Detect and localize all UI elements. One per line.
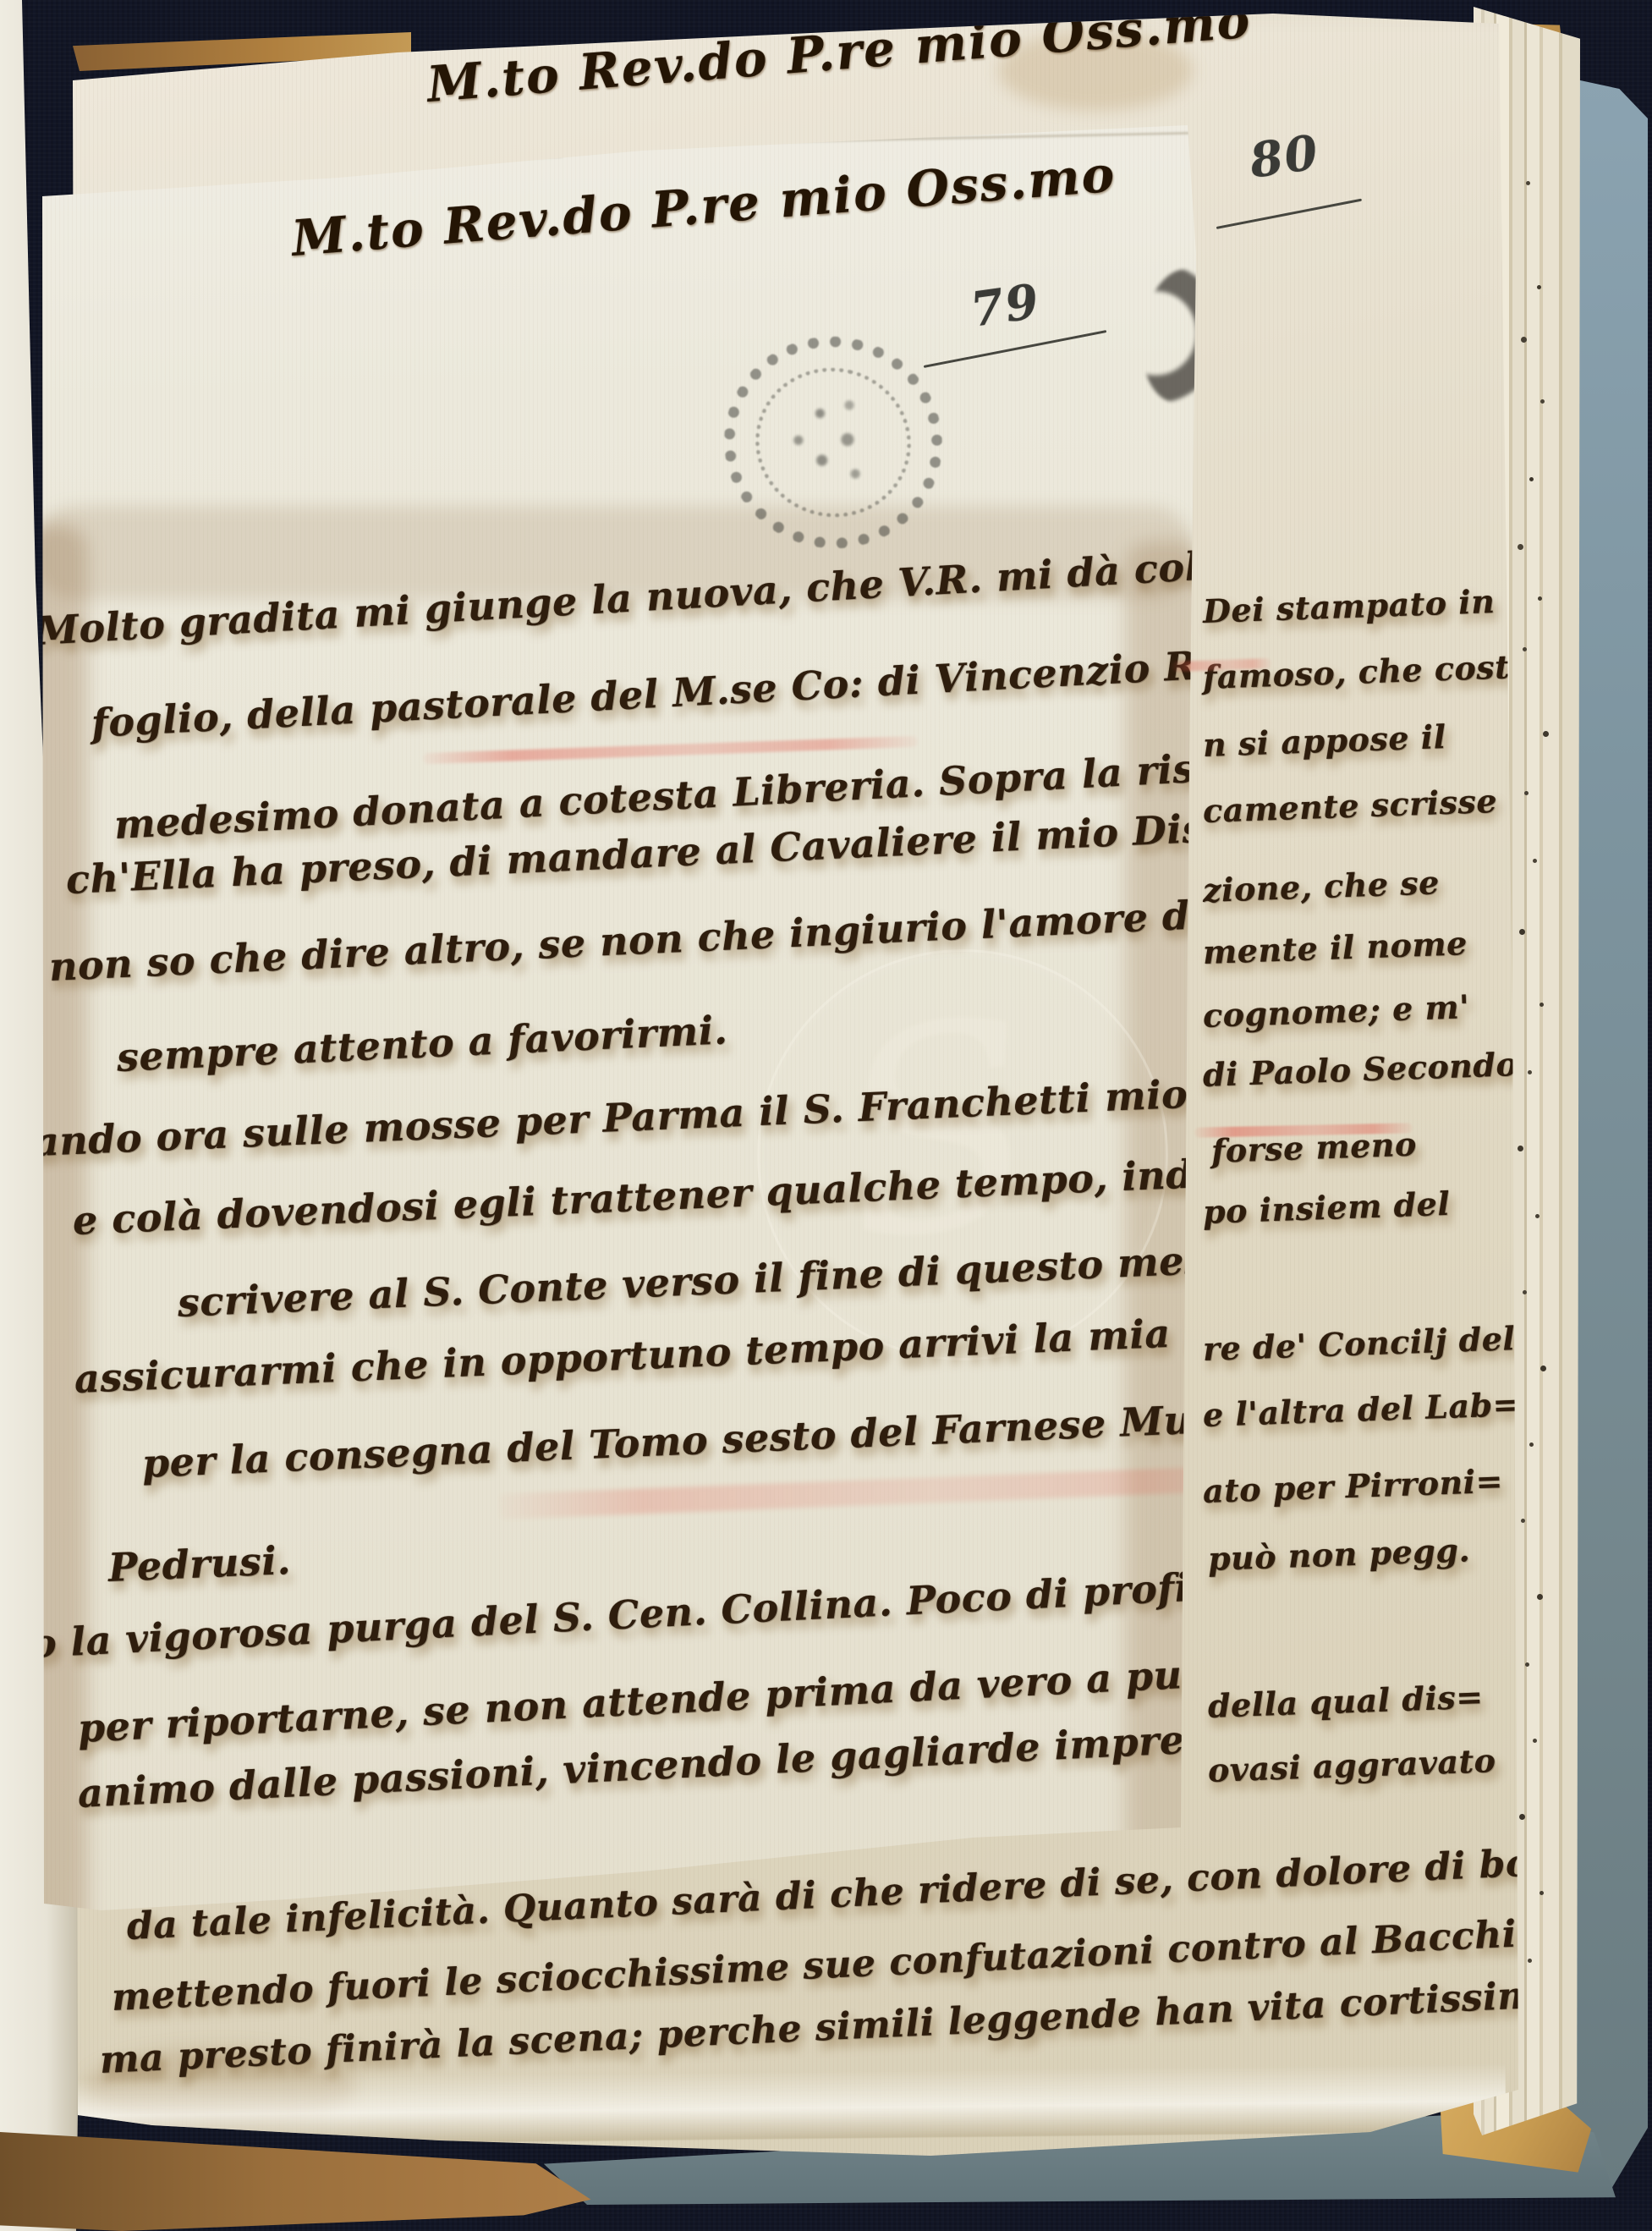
handwritten-line: non so che dire altro, se non che ingiur…	[48, 888, 1276, 990]
handwritten-text: non so che dire altro, se non che ingiur…	[48, 888, 1276, 990]
manuscript-photo: M.to Rev.do P.re mio Oss.mo 80 Dei stamp…	[0, 0, 1652, 2231]
fore-edge-ink-specks	[0, 0, 3, 3]
handwritten-line: sempre attento a favorirmi. sempre atten…	[116, 1007, 729, 1080]
handwritten-line: Pedrusi. Pedrusi.	[107, 1537, 292, 1591]
handwritten-text: Pedrusi.	[107, 1537, 292, 1591]
